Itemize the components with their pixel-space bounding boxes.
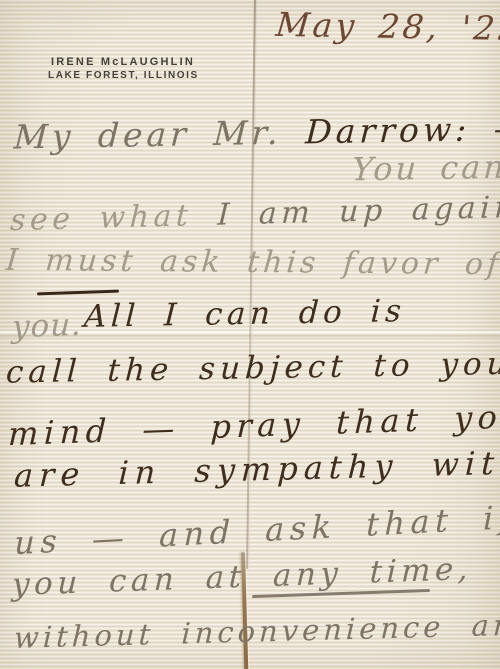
handwritten-line-sympathy: are in sympathy with [13, 446, 500, 491]
handwritten-line-i-must: I must ask this favor of [5, 246, 500, 280]
handwritten-line-mind-pray: mind — pray that you [8, 400, 500, 450]
handwritten-line-you-can: You can [351, 151, 500, 186]
handwritten-line-without: without inconvenience and [13, 610, 500, 653]
letterhead: IRENE McLAUGHLIN LAKE FOREST, ILLINOIS [48, 56, 198, 82]
handwritten-line-us-and-ask: us — and ask that if [14, 501, 500, 559]
letterhead-location: LAKE FOREST, ILLINOIS [48, 69, 198, 82]
handwritten-line-all-i-can: All I can do is [83, 296, 406, 333]
letter-date: May 28, '29 [275, 8, 500, 45]
salutation-line: My dear Mr. Darrow: — [13, 111, 500, 153]
see-what-segment: see what [9, 198, 193, 238]
salutation-name: Darrow: — [304, 108, 500, 151]
handwritten-line-call-subject: call the subject to your [5, 348, 500, 388]
letterhead-name: IRENE McLAUGHLIN [48, 56, 198, 69]
must-underline [37, 290, 119, 296]
handwritten-line-any-time: you can at any time, [12, 554, 473, 601]
salutation-opening: My dear Mr. [13, 113, 283, 157]
letter-page: IRENE McLAUGHLIN LAKE FOREST, ILLINOIS M… [0, 0, 500, 669]
handwritten-line-see-what: see what I am up against [9, 192, 500, 236]
up-against-segment: I am up against [217, 189, 500, 233]
handwritten-line-you-period: you. [11, 310, 82, 343]
